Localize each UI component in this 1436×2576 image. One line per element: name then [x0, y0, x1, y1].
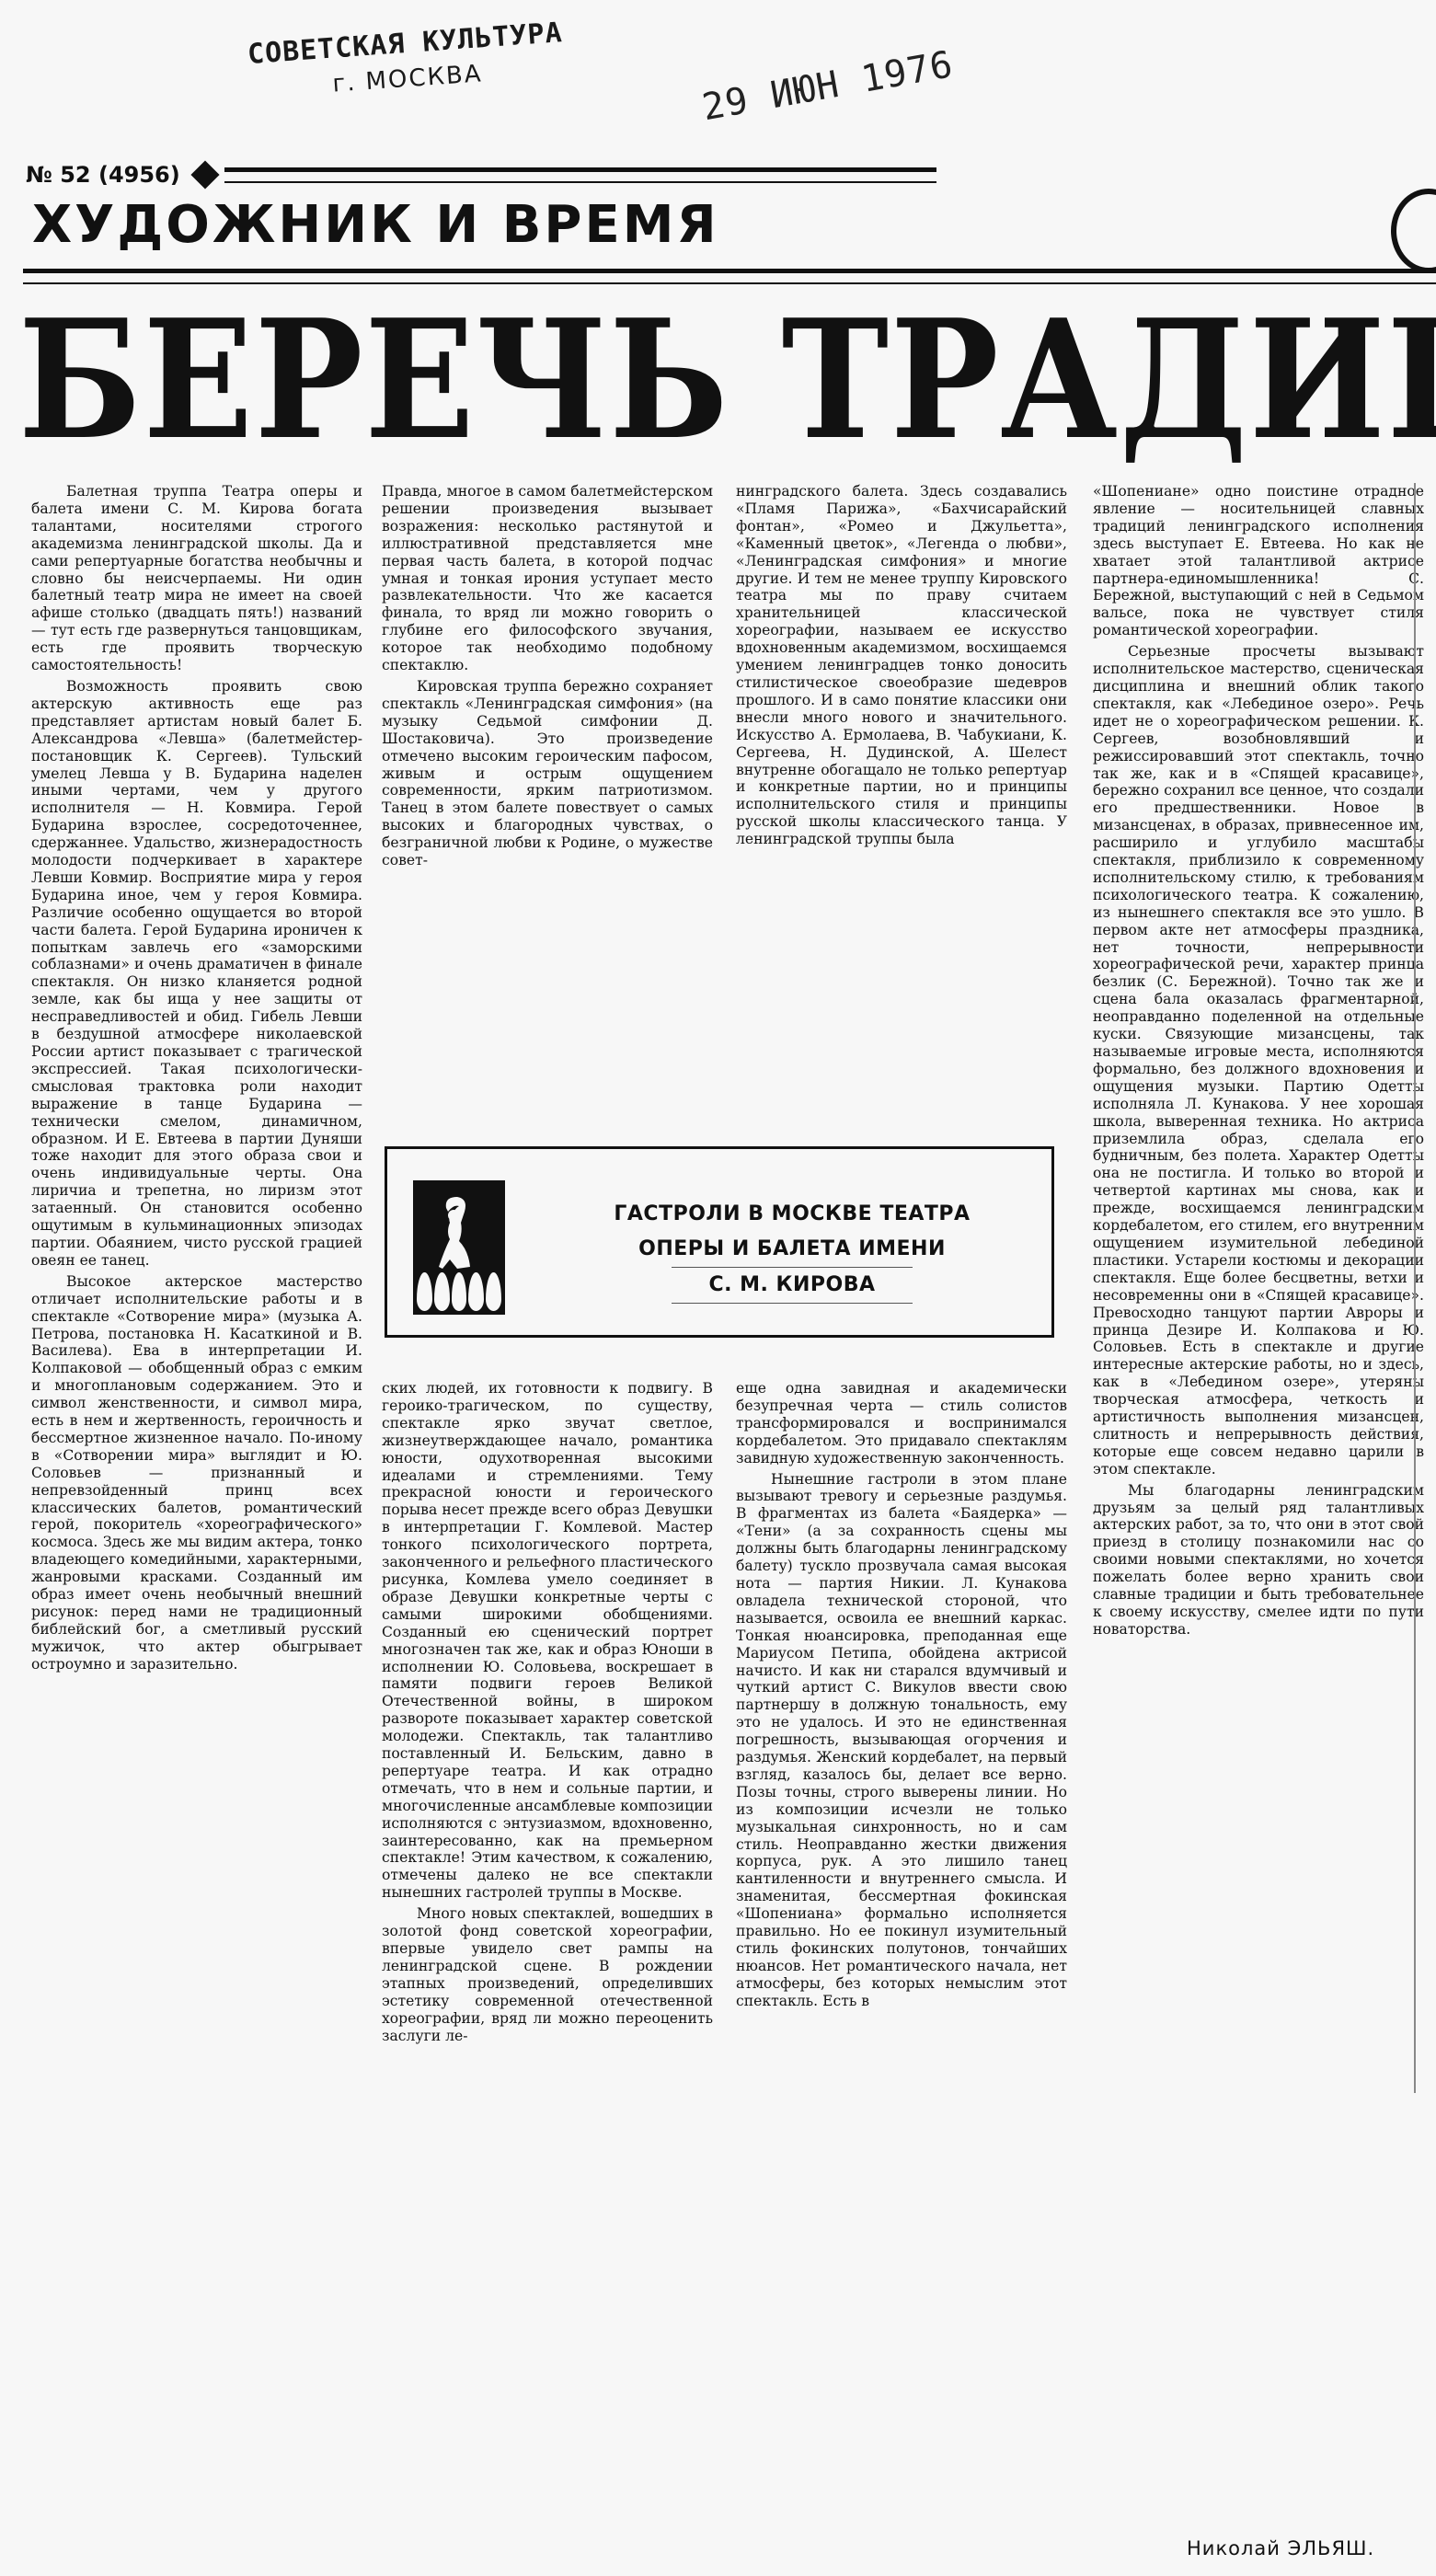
article-column-3-top: нинградского балета. Здесь создавались «… [736, 483, 1067, 848]
paragraph: Серьезные просчеты вызывают исполнительс… [1093, 643, 1424, 1478]
paragraph: ских людей, их готовности к подвигу. В г… [382, 1380, 713, 1902]
rubric-emblem-icon [1391, 189, 1436, 273]
article-column-2-top: Правда, многое в самом балетмейстерском … [382, 483, 713, 869]
paragraph: Мы благодарны ленинградским друзьям за ц… [1093, 1482, 1424, 1639]
paragraph: еще одна завидная и академически безупре… [736, 1380, 1067, 1467]
dancer-figure-icon [437, 1195, 474, 1278]
paragraph: Балетная труппа Театра оперы и балета им… [31, 483, 362, 674]
announcement-line-3: С. М. КИРОВА [672, 1267, 912, 1304]
article-headline: БЕРЕЧЬ ТРАДИЦИИ [18, 293, 1249, 467]
diamond-ornament-icon [190, 160, 219, 189]
article-column-1: Балетная труппа Театра оперы и балета им… [31, 483, 362, 1673]
tour-announcement-title: ГАСТРОЛИ В МОСКВЕ ТЕАТРА ОПЕРЫ И БАЛЕТА … [553, 1197, 1031, 1304]
corps-de-ballet-pattern [417, 1272, 501, 1311]
divider [23, 269, 1436, 284]
column-edge-rule [1414, 483, 1416, 2093]
paragraph: Высокое актерское мастерство отличает ис… [31, 1273, 362, 1673]
issue-row: № 52 (4956) [26, 156, 936, 193]
tour-announcement-box: ГАСТРОЛИ В МОСКВЕ ТЕАТРА ОПЕРЫ И БАЛЕТА … [385, 1146, 1054, 1338]
paragraph: Правда, многое в самом балетмейстерском … [382, 483, 713, 674]
issue-number: № 52 (4956) [26, 162, 180, 188]
section-rubric: ХУДОЖНИК И ВРЕМЯ [32, 195, 719, 255]
announcement-line-2: ОПЕРЫ И БАЛЕТА ИМЕНИ [553, 1232, 1031, 1267]
paragraph: нинградского балета. Здесь создавались «… [736, 483, 1067, 848]
author-signature: Николай ЭЛЬЯШ. [1187, 2537, 1374, 2559]
article-column-2-bottom: ских людей, их готовности к подвигу. В г… [382, 1380, 713, 2044]
date-stamp: 29 ИЮН 1976 [699, 43, 957, 129]
newspaper-stamp: СОВЕТСКАЯ КУЛЬТУРА г. МОСКВА [247, 17, 566, 104]
ballerina-icon [413, 1180, 505, 1315]
paragraph: «Шопениане» одно поистине отрадное явлен… [1093, 483, 1424, 639]
article-column-3-bottom: еще одна завидная и академически безупре… [736, 1380, 1067, 2010]
paragraph: Много новых спектаклей, вошедших в золот… [382, 1905, 713, 2044]
paragraph: Кировская труппа бережно сохраняет спект… [382, 678, 713, 869]
paragraph: Возможность проявить свою актерскую акти… [31, 678, 362, 1270]
article-column-4: «Шопениане» одно поистине отрадное явлен… [1093, 483, 1424, 1639]
announcement-line-1: ГАСТРОЛИ В МОСКВЕ ТЕАТРА [553, 1197, 1031, 1232]
paragraph: Нынешние гастроли в этом плане вызывают … [736, 1471, 1067, 2010]
divider [224, 167, 936, 183]
